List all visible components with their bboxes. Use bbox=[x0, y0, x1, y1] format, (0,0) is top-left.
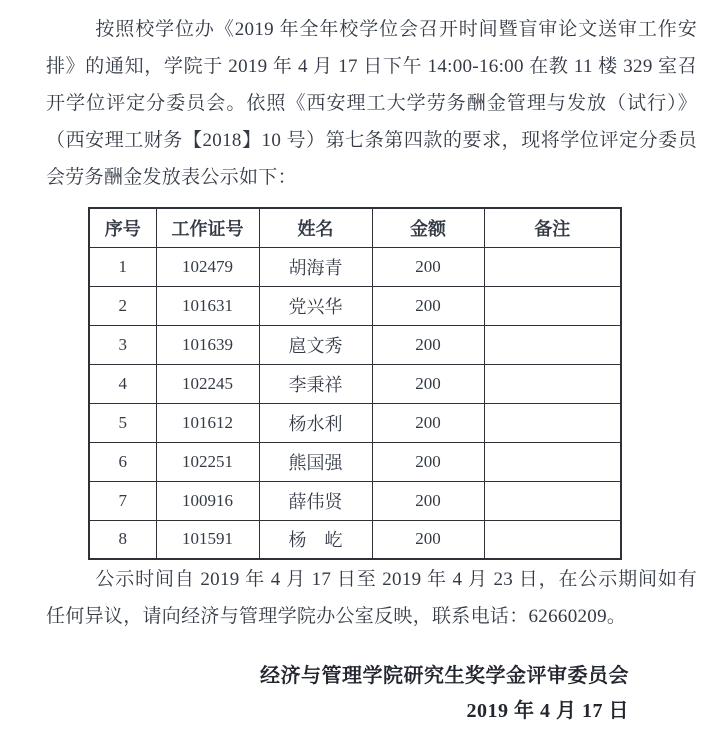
signature-committee: 经济与管理学院研究生奖学金评审委员会 bbox=[260, 659, 629, 688]
cell-amount: 200 bbox=[372, 247, 484, 286]
cell-name: 杨水利 bbox=[259, 403, 372, 442]
table-row: 1 102479 胡海青 200 bbox=[89, 247, 621, 286]
cell-remark bbox=[484, 442, 621, 481]
table-row: 3 101639 扈文秀 200 bbox=[89, 325, 621, 364]
cell-name: 杨 屹 bbox=[259, 520, 372, 559]
cell-name: 扈文秀 bbox=[259, 325, 372, 364]
cell-work-id: 101591 bbox=[156, 520, 259, 559]
cell-amount: 200 bbox=[372, 286, 484, 325]
notice-paragraph: 公示时间自 2019 年 4 月 17 日至 2019 年 4 月 23 日，在… bbox=[46, 561, 697, 635]
table-row: 5 101612 杨水利 200 bbox=[89, 403, 621, 442]
header-remark: 备注 bbox=[484, 208, 621, 247]
cell-seq: 3 bbox=[89, 325, 156, 364]
cell-remark bbox=[484, 247, 621, 286]
cell-name: 胡海青 bbox=[259, 247, 372, 286]
intro-paragraph: 按照校学位办《2019 年全年校学位会召开时间暨盲审论文送审工作安排》的通知，学… bbox=[46, 11, 697, 196]
cell-amount: 200 bbox=[372, 481, 484, 520]
cell-work-id: 102251 bbox=[156, 442, 259, 481]
cell-work-id: 101612 bbox=[156, 403, 259, 442]
cell-name: 党兴华 bbox=[259, 286, 372, 325]
cell-remark bbox=[484, 403, 621, 442]
cell-amount: 200 bbox=[372, 403, 484, 442]
table-row: 8 101591 杨 屹 200 bbox=[89, 520, 621, 559]
document-page: 按照校学位办《2019 年全年校学位会召开时间暨盲审论文送审工作安排》的通知，学… bbox=[0, 0, 709, 752]
table-row: 6 102251 熊国强 200 bbox=[89, 442, 621, 481]
cell-seq: 5 bbox=[89, 403, 156, 442]
table-row: 2 101631 党兴华 200 bbox=[89, 286, 621, 325]
payroll-table: 序号 工作证号 姓名 金额 备注 1 102479 胡海青 200 2 1016… bbox=[88, 207, 622, 560]
header-work-id: 工作证号 bbox=[156, 208, 259, 247]
table-header-row: 序号 工作证号 姓名 金额 备注 bbox=[89, 208, 621, 247]
cell-amount: 200 bbox=[372, 364, 484, 403]
cell-remark bbox=[484, 325, 621, 364]
table-row: 4 102245 李秉祥 200 bbox=[89, 364, 621, 403]
cell-seq: 8 bbox=[89, 520, 156, 559]
cell-name: 薛伟贤 bbox=[259, 481, 372, 520]
cell-work-id: 101639 bbox=[156, 325, 259, 364]
cell-amount: 200 bbox=[372, 325, 484, 364]
header-name: 姓名 bbox=[259, 208, 372, 247]
cell-remark bbox=[484, 286, 621, 325]
cell-seq: 2 bbox=[89, 286, 156, 325]
cell-name: 李秉祥 bbox=[259, 364, 372, 403]
cell-work-id: 100916 bbox=[156, 481, 259, 520]
cell-remark bbox=[484, 520, 621, 559]
signature-date: 2019 年 4 月 17 日 bbox=[467, 694, 630, 723]
cell-seq: 6 bbox=[89, 442, 156, 481]
cell-remark bbox=[484, 481, 621, 520]
cell-remark bbox=[484, 364, 621, 403]
cell-name: 熊国强 bbox=[259, 442, 372, 481]
cell-amount: 200 bbox=[372, 442, 484, 481]
cell-work-id: 102245 bbox=[156, 364, 259, 403]
cell-work-id: 102479 bbox=[156, 247, 259, 286]
cell-work-id: 101631 bbox=[156, 286, 259, 325]
cell-seq: 1 bbox=[89, 247, 156, 286]
header-seq: 序号 bbox=[89, 208, 156, 247]
cell-seq: 4 bbox=[89, 364, 156, 403]
table-row: 7 100916 薛伟贤 200 bbox=[89, 481, 621, 520]
cell-seq: 7 bbox=[89, 481, 156, 520]
cell-amount: 200 bbox=[372, 520, 484, 559]
header-amount: 金额 bbox=[372, 208, 484, 247]
